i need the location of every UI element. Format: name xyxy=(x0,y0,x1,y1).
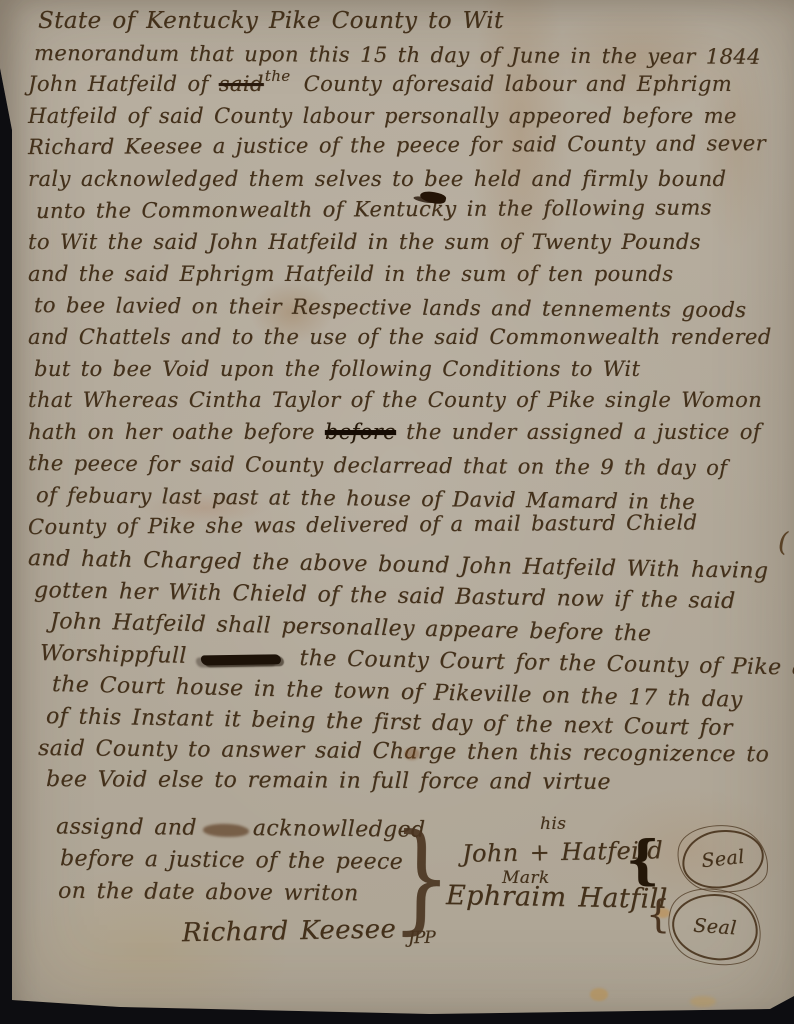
manuscript-body: State of Kentucky Pike County to Witmeno… xyxy=(28,6,770,796)
attestation-text: acknowlledged xyxy=(253,816,426,843)
manuscript-line: unto the Commonwealth of Kentucky in the… xyxy=(36,192,770,227)
his-label: his xyxy=(540,814,566,834)
seal-brace: { xyxy=(646,892,671,936)
mark-label: Mark xyxy=(502,868,550,888)
wax-seal-scribble: Seal xyxy=(679,826,767,892)
text-segment: that Whereas Cintha Taylor of the County… xyxy=(28,388,762,412)
manuscript-line: the peece for said County declarread tha… xyxy=(28,448,770,485)
text-segment: to Wit the said John Hatfeild in the sum… xyxy=(28,230,701,254)
wax-seal-scribble: Seal xyxy=(670,891,760,963)
justice-signature-name: Richard Keesee xyxy=(182,914,397,948)
struck-text: said xyxy=(219,72,264,96)
text-segment: County aforesaid labour and Ephrigm xyxy=(294,72,732,96)
text-segment: and Chattels and to the use of the said … xyxy=(28,325,772,349)
attestation-brace: } xyxy=(391,807,453,946)
attestation-text: assignd and xyxy=(56,814,197,840)
text-segment: Hatfeild of said County labour personall… xyxy=(28,104,737,128)
text-segment: unto the Commonwealth of Kentucky in the… xyxy=(36,195,712,223)
margin-mark: ( xyxy=(778,528,789,558)
text-segment: the peece for said County declarread tha… xyxy=(28,451,727,480)
manuscript-line: County of Pike she was delivered of a ma… xyxy=(28,506,770,543)
attestation-line: before a justice of the peece xyxy=(60,846,403,875)
text-segment: to bee lavied on their Respective lands … xyxy=(34,293,747,322)
manuscript-line: to Wit the said John Hatfeild in the sum… xyxy=(28,227,770,259)
ink-smudge xyxy=(203,824,249,837)
paper-stain xyxy=(656,908,670,918)
attestation-line: on the date above writon xyxy=(58,879,359,907)
manuscript-line: State of Kentucky Pike County to Wit xyxy=(38,6,770,38)
manuscript-line: John Hatfeild of saidthe County aforesai… xyxy=(28,69,770,101)
text-segment: menorandum that upon this 15 th day of J… xyxy=(34,41,761,69)
seal-label: Seal xyxy=(693,915,738,940)
paper-stain xyxy=(690,996,716,1007)
manuscript-line: hath on her oathe before before the unde… xyxy=(28,417,770,449)
text-segment: said County to answer said Charge then t… xyxy=(38,736,769,767)
text-segment: raly acknowledged them selves to bee hel… xyxy=(28,167,726,191)
strikeout-ink-blot xyxy=(201,654,281,665)
text-segment: John Hatfeild of xyxy=(28,72,219,96)
manuscript-line: Hatfeild of said County labour personall… xyxy=(28,101,770,133)
manuscript-line: Richard Keesee a justice of the peece fo… xyxy=(28,128,770,163)
text-segment: Worshippfull xyxy=(40,641,198,669)
manuscript-line: menorandum that upon this 15 th day of J… xyxy=(34,38,770,73)
text-segment: Richard Keesee a justice of the peece fo… xyxy=(28,132,766,160)
manuscript-line: and Chattels and to the use of the said … xyxy=(28,322,770,354)
manuscript-line: and the said Ephrigm Hatfeild in the sum… xyxy=(28,259,770,291)
text-segment: but to bee Void upon the following Condi… xyxy=(34,357,640,381)
signature-flourish: JPP xyxy=(408,928,435,948)
text-segment: State of Kentucky Pike County to Wit xyxy=(38,8,504,34)
attestation-line: assignd andacknowlledged xyxy=(56,814,426,842)
text-segment: County of Pike she was delivered of a ma… xyxy=(28,510,698,539)
paper-stain xyxy=(590,988,608,1001)
john-hatfeild-signature: John + Hatfeild xyxy=(462,836,664,868)
seal-label: Seal xyxy=(700,846,745,872)
seal-brace: { xyxy=(626,830,660,891)
text-segment: bee Void else to remain in full force an… xyxy=(46,767,611,795)
manuscript-line: to bee lavied on their Respective lands … xyxy=(34,290,770,327)
manuscript-line: raly acknowledged them selves to bee hel… xyxy=(28,164,770,196)
text-segment: and the said Ephrigm Hatfeild in the sum… xyxy=(28,262,673,286)
text-segment: the under assigned a justice of xyxy=(396,420,761,444)
manuscript-line: bee Void else to remain in full force an… xyxy=(46,764,770,799)
manuscript-line: but to bee Void upon the following Condi… xyxy=(34,354,770,386)
justice-signature: Richard Keesee JPP xyxy=(182,914,435,952)
struck-text: before xyxy=(325,420,396,444)
ephraim-hatfill-signature: Ephraim Hatfill xyxy=(446,880,668,915)
interlined-text: the xyxy=(265,67,291,85)
manuscript-page: State of Kentucky Pike County to Witmeno… xyxy=(0,0,794,1024)
text-segment: hath on her oathe before xyxy=(28,420,325,444)
manuscript-line: that Whereas Cintha Taylor of the County… xyxy=(28,385,770,417)
